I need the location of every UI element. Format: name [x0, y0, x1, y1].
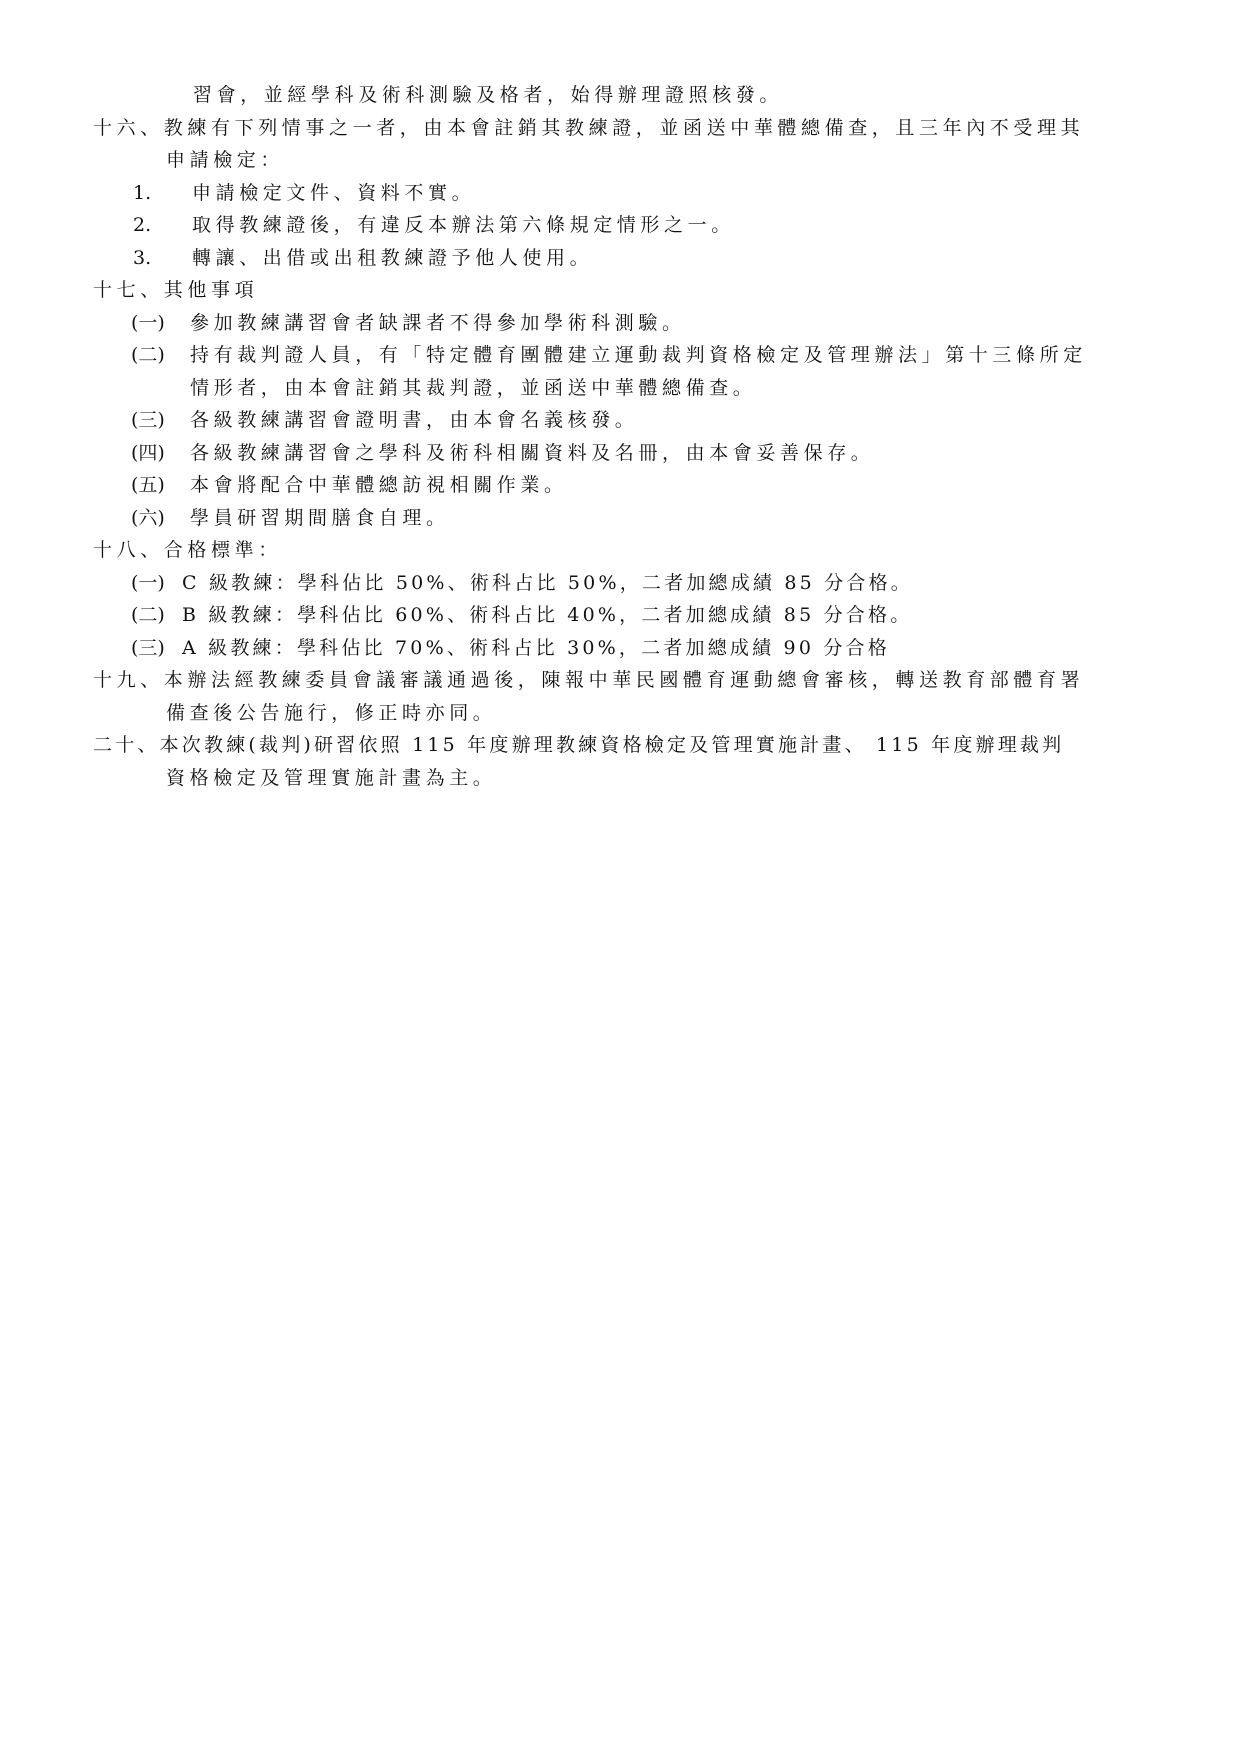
list-text: A 級教練：學科佔比 70%、術科占比 30%，二者加總成績 90 分合格 [182, 632, 890, 664]
list-item: (一) 參加教練講習會者缺課者不得參加學術科測驗。 [0, 307, 1241, 339]
list-marker: 3. [133, 242, 151, 274]
list-marker: (四) [131, 437, 165, 469]
document-page: 習會，並經學科及術科測驗及格者，始得辦理證照核發。 十六、教練有下列情事之一者，… [0, 0, 1241, 1755]
list-item: (一) C 級教練：學科佔比 50%、術科占比 50%，二者加總成績 85 分合… [0, 567, 1241, 599]
list-marker: (五) [131, 469, 165, 501]
list-marker: (六) [131, 502, 165, 534]
section-20-cont: 資格檢定及管理實施計畫為主。 [166, 762, 496, 794]
list-text: 各級教練講習會之學科及術科相關資料及名冊，由本會妥善保存。 [190, 437, 874, 469]
list-text: 參加教練講習會者缺課者不得參加學術科測驗。 [190, 307, 686, 339]
list-marker: 1. [133, 177, 151, 209]
list-item: (六) 學員研習期間膳食自理。 [0, 502, 1241, 534]
list-marker: (三) [131, 632, 165, 664]
section-16-heading-cont: 申請檢定： [166, 144, 284, 176]
section-19-text: 十九、本辦法經教練委員會議審議通過後，陳報中華民國體育運動總會審核，轉送教育部體… [93, 664, 1084, 696]
list-item: 1. 申請檢定文件、資料不實。 [0, 177, 1241, 209]
list-item: (二) 持有裁判證人員，有「特定體育團體建立運動裁判資格檢定及管理辦法」第十三條… [0, 339, 1241, 371]
list-item: (三) 各級教練講習會證明書，由本會名義核發。 [0, 404, 1241, 436]
list-text: 轉讓、出借或出租教練證予他人使用。 [192, 242, 593, 274]
list-marker: 2. [133, 209, 151, 241]
list-item: (二) B 級教練：學科佔比 60%、術科占比 40%，二者加總成績 85 分合… [0, 599, 1241, 631]
list-text: 申請檢定文件、資料不實。 [192, 177, 475, 209]
list-item: 3. 轉讓、出借或出租教練證予他人使用。 [0, 242, 1241, 274]
list-text: 各級教練講習會證明書，由本會名義核發。 [190, 404, 638, 436]
section-16-heading: 十六、教練有下列情事之一者，由本會註銷其教練證，並函送中華體總備查，且三年內不受… [93, 112, 1084, 144]
list-marker: (一) [131, 567, 165, 599]
list-text: 學員研習期間膳食自理。 [190, 502, 450, 534]
list-marker: (三) [131, 404, 165, 436]
list-text: C 級教練：學科佔比 50%、術科占比 50%，二者加總成績 85 分合格。 [182, 567, 913, 599]
section-19-cont: 備查後公告施行，修正時亦同。 [166, 697, 496, 729]
list-text: 本會將配合中華體總訪視相關作業。 [190, 469, 568, 501]
list-item: 2. 取得教練證後，有違反本辦法第六條規定情形之一。 [0, 209, 1241, 241]
list-marker: (二) [131, 339, 165, 371]
list-marker: (二) [131, 599, 165, 631]
section-17-heading: 十七、其他事項 [93, 274, 258, 306]
list-item: (四) 各級教練講習會之學科及術科相關資料及名冊，由本會妥善保存。 [0, 437, 1241, 469]
list-item: (五) 本會將配合中華體總訪視相關作業。 [0, 469, 1241, 501]
section-18-heading: 十八、合格標準： [93, 534, 282, 566]
paragraph-continuation: 習會，並經學科及術科測驗及格者，始得辦理證照核發。 [193, 79, 783, 111]
list-text-cont: 情形者，由本會註銷其裁判證，並函送中華體總備查。 [190, 372, 756, 404]
section-20-text: 二十、本次教練(裁判)研習依照 115 年度辦理教練資格檢定及管理實施計畫、 1… [93, 729, 1064, 761]
list-text: 持有裁判證人員，有「特定體育團體建立運動裁判資格檢定及管理辦法」第十三條所定 [190, 339, 1087, 371]
list-marker: (一) [131, 307, 165, 339]
list-text: B 級教練：學科佔比 60%、術科占比 40%，二者加總成績 85 分合格。 [182, 599, 912, 631]
list-item: (三) A 級教練：學科佔比 70%、術科占比 30%，二者加總成績 90 分合… [0, 632, 1241, 664]
list-text: 取得教練證後，有違反本辦法第六條規定情形之一。 [192, 209, 735, 241]
